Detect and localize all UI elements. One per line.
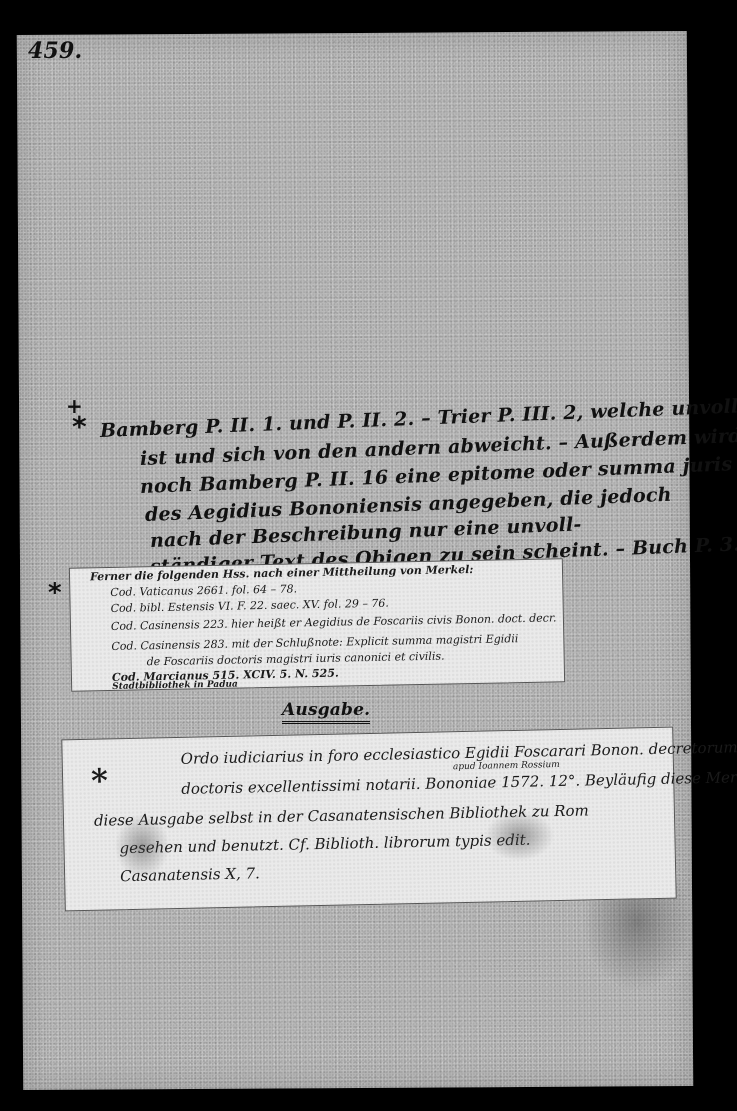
slip-1-line: Cod. Casinensis 223. hier heißt er Aegid… xyxy=(111,611,557,633)
folio-number: 459. xyxy=(28,38,82,64)
pasted-slip-edition: * Ordo iudiciarius in foro ecclesiastico… xyxy=(61,727,676,912)
slip-1-line: Cod. Casinensis 283. mit der Schlußnote:… xyxy=(111,632,518,653)
asterisk-mark: * xyxy=(72,410,87,443)
pasted-slip-manuscripts: Ferner die folgenden Hss. nach einer Mit… xyxy=(69,558,565,691)
slip-2-asterisk-mark: * xyxy=(91,761,109,799)
section-heading: Ausgabe. xyxy=(282,700,370,720)
slip-1-line: Cod. Vaticanus 2661. fol. 64 – 78. xyxy=(110,582,297,599)
slip-1-header: Ferner die folgenden Hss. nach einer Mit… xyxy=(90,563,474,583)
heading-text: Ausgabe. xyxy=(282,700,370,724)
slip-1-asterisk-mark: * xyxy=(48,578,62,608)
slip-1-line: Cod. bibl. Estensis VI. F. 22. saec. XV.… xyxy=(111,597,389,615)
stain xyxy=(484,810,555,861)
slip-2-line: gesehen und benutzt. Cf. Biblioth. libro… xyxy=(119,831,530,858)
slip-2-insertion: apud Ioannem Rossium xyxy=(453,760,560,772)
slip-1-line: de Foscariis doctoris magistri iuris can… xyxy=(147,650,445,669)
